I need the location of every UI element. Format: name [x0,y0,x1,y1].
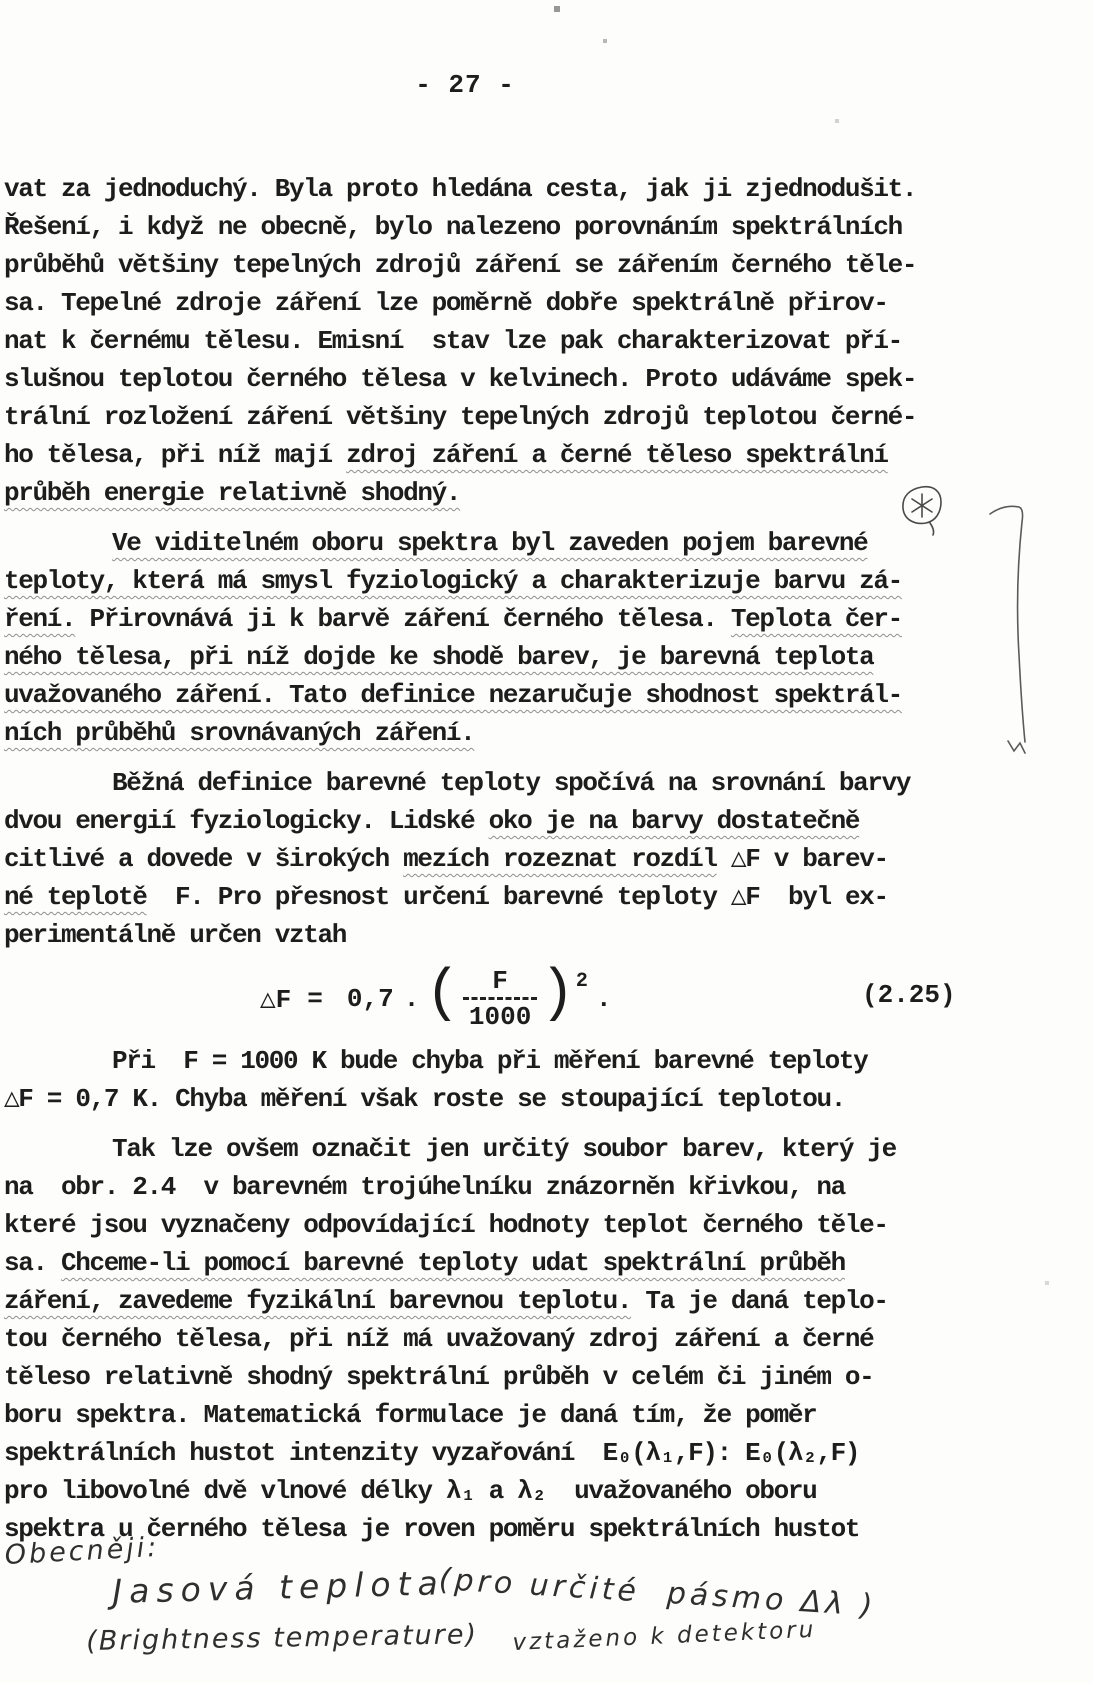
text-segment: na obr. 2.4 v barevném trojúhelníku znáz… [4,1172,845,1202]
text-segment: citlivé a dovede v širokých [4,844,403,874]
text-segment: Ta je daná teplo- [631,1286,888,1316]
text-line: záření, zavedeme fyzikální barevnou tepl… [4,1282,1004,1320]
text-segment: průběhů většiny tepelných zdrojů záření … [4,250,916,280]
formula-denominator: 1000 [469,1004,531,1030]
text-line: vat za jednoduchý. Byla proto hledána ce… [4,170,1004,208]
text-line: ného tělesa, při níž dojde ke shodě bare… [4,638,1004,676]
paragraph: Při F = 1000 K bude chyba při měření bar… [4,1042,1004,1118]
formula-exponent: 2 [576,970,588,993]
equation-number: (2.25) [862,980,956,1010]
underlined-text: průběh energie relativně shodný. [4,478,460,508]
text-segment: perimentálně určen vztah [4,920,346,950]
underlined-text: Ve viditelném oboru spektra byl zaveden … [112,528,867,558]
paragraph: Běžná definice barevné teploty spočívá n… [4,764,1004,954]
handwritten-obecneji: Obecněji: [4,1532,160,1571]
scanned-document-page: - 27 - vat za jednoduchý. Byla proto hle… [0,0,1093,1683]
underlined-text: uvažovaného záření. Tato definice nezaru… [4,680,902,710]
formula-coefficient: 0,7 [347,984,394,1014]
underlined-text: Teplota čer- [731,604,902,634]
underlined-text: zdroj záření a černé těleso spektrální [346,440,888,470]
text-line: sa. Tepelné zdroje záření lze poměrně do… [4,284,1004,322]
text-line: trální rozložení záření většiny tepelnýc… [4,398,1004,436]
text-line: spektrálních hustot intenzity vyzařování… [4,1434,1004,1472]
paragraph: Ve viditelném oboru spektra byl zaveden … [4,524,1004,752]
text-segment: Běžná definice barevné teploty spočívá n… [112,768,910,798]
text-line: teploty, která má smysl fyziologický a c… [4,562,1004,600]
text-line: Běžná definice barevné teploty spočívá n… [4,764,1004,802]
text-line: △F = 0,7 K. Chyba měření však roste se s… [4,1080,1004,1118]
text-line: Při F = 1000 K bude chyba při měření bar… [4,1042,1004,1080]
body-before-formula: vat za jednoduchý. Byla proto hledána ce… [4,170,1004,954]
underlined-text: né teplotě [4,882,147,912]
text-line: perimentálně určen vztah [4,916,1004,954]
text-segment: boru spektra. Matematická formulace je d… [4,1400,816,1430]
text-line: boru spektra. Matematická formulace je d… [4,1396,1004,1434]
text-line: ních průběhů srovnávaných záření. [4,714,1004,752]
underlined-text: oko je na barvy dostatečně [489,806,860,836]
text-segment: trální rozložení záření většiny tepelnýc… [4,402,916,432]
text-line: sa. Chceme-li pomocí barevné teploty uda… [4,1244,1004,1282]
equation-2-25: △F = 0,7 . ( F 1000 ) 2 . [260,956,612,1042]
text-segment: Při F = 1000 K bude chyba při měření bar… [112,1046,867,1076]
text-segment: Řešení, i když ne obecně, bylo nalezeno … [4,212,902,242]
formula-fraction: F 1000 [463,968,537,1030]
text-line: průběh energie relativně shodný. [4,474,1004,512]
text-line: né teplotě F. Pro přesnost určení barevn… [4,878,1004,916]
page-number: - 27 - [0,70,930,100]
text-segment: slušnou teplotou černého tělesa v kelvin… [4,364,916,394]
text-segment: nat k černému tělesu. Emisní stav lze pa… [4,326,902,356]
handwritten-vztazeno-k-detektoru: vztaženo k detektoru [512,1617,817,1656]
text-segment: △F v barev- [717,844,888,874]
text-line: těleso relativně shodný spektrální průbě… [4,1358,1004,1396]
text-line: které jsou vyznačeny odpovídající hodnot… [4,1206,1004,1244]
text-segment: △F = 0,7 K. Chyba měření však roste se s… [4,1084,845,1114]
scan-noise-specks [0,0,2,2]
handwritten-jasova-teplota: Jasová teplota [112,1563,445,1611]
underlined-text: Chceme-li pomocí barevné teploty udat sp… [61,1248,845,1278]
text-line: průběhů většiny tepelných zdrojů záření … [4,246,1004,284]
formula-close-paren: ) [540,966,575,1024]
text-line: ření. Přirovnává ji k barvě záření černé… [4,600,1004,638]
text-segment: vat za jednoduchý. Byla proto hledána ce… [4,174,916,204]
formula-delta-f: △F [260,984,291,1015]
text-line: Tak lze ovšem označit jen určitý soubor … [4,1130,1004,1168]
text-line: citlivé a dovede v širokých mezích rozez… [4,840,1004,878]
text-segment: sa. [4,1248,61,1278]
text-line: Ve viditelném oboru spektra byl zaveden … [4,524,1004,562]
paragraph: vat za jednoduchý. Byla proto hledána ce… [4,170,1004,512]
text-line: dvou energií fyziologicky. Lidské oko je… [4,802,1004,840]
text-segment: těleso relativně shodný spektrální průbě… [4,1362,873,1392]
text-segment: spektrálních hustot intenzity vyzařování… [4,1438,859,1468]
underlined-text: mezích rozeznat rozdíl [403,844,717,874]
underlined-text: záření, zavedeme fyzikální barevnou tepl… [4,1286,631,1316]
text-line: pro libovolné dvě vlnové délky λ₁ a λ₂ u… [4,1472,1004,1510]
fraction-bar [463,997,537,1000]
formula-trailing-dot: . [596,984,612,1014]
handwritten-brightness-temperature: (Brightness temperature) [86,1619,478,1657]
text-segment: Přirovnává ji k barvě záření černého těl… [75,604,731,634]
text-line: Řešení, i když ne obecně, bylo nalezeno … [4,208,1004,246]
formula-numerator: F [492,968,508,994]
text-line: uvažovaného záření. Tato definice nezaru… [4,676,1004,714]
text-segment: dvou energií fyziologicky. Lidské [4,806,489,836]
formula-mult-dot: . [404,984,420,1014]
text-segment: pro libovolné dvě vlnové délky λ₁ a λ₂ u… [4,1476,816,1506]
underlined-text: ného tělesa, při níž dojde ke shodě bare… [4,642,873,672]
page-body: vat za jednoduchý. Byla proto hledána ce… [4,170,1004,1548]
formula-equals: = [307,984,323,1014]
text-line: tou černého tělesa, při níž má uvažovaný… [4,1320,1004,1358]
text-line: nat k černému tělesu. Emisní stav lze pa… [4,322,1004,360]
text-segment: Tak lze ovšem označit jen určitý soubor … [112,1134,896,1164]
text-segment: tou černého tělesa, při níž má uvažovaný… [4,1324,873,1354]
text-line: ho tělesa, při níž mají zdroj záření a č… [4,436,1004,474]
formula-open-paren: ( [425,966,460,1024]
text-line: na obr. 2.4 v barevném trojúhelníku znáz… [4,1168,1004,1206]
equation-block: △F = 0,7 . ( F 1000 ) 2 . (2.25) [4,956,1004,1042]
body-after-formula: Při F = 1000 K bude chyba při měření bar… [4,1042,1004,1548]
paragraph: Tak lze ovšem označit jen určitý soubor … [4,1130,1004,1548]
text-segment: které jsou vyznačeny odpovídající hodnot… [4,1210,888,1240]
underlined-text: ření. [4,604,75,634]
text-segment: sa. Tepelné zdroje záření lze poměrně do… [4,288,888,318]
text-line: slušnou teplotou černého tělesa v kelvin… [4,360,1004,398]
text-segment: ho tělesa, při níž mají [4,440,346,470]
underlined-text: teploty, která má smysl fyziologický a c… [4,566,902,596]
text-segment: F. Pro přesnost určení barevné teploty △… [147,882,888,912]
handwritten-pro-urcite-pasmo: (pro určité pásmo Δλ ) [438,1562,877,1624]
underlined-text: ních průběhů srovnávaných záření. [4,718,474,748]
